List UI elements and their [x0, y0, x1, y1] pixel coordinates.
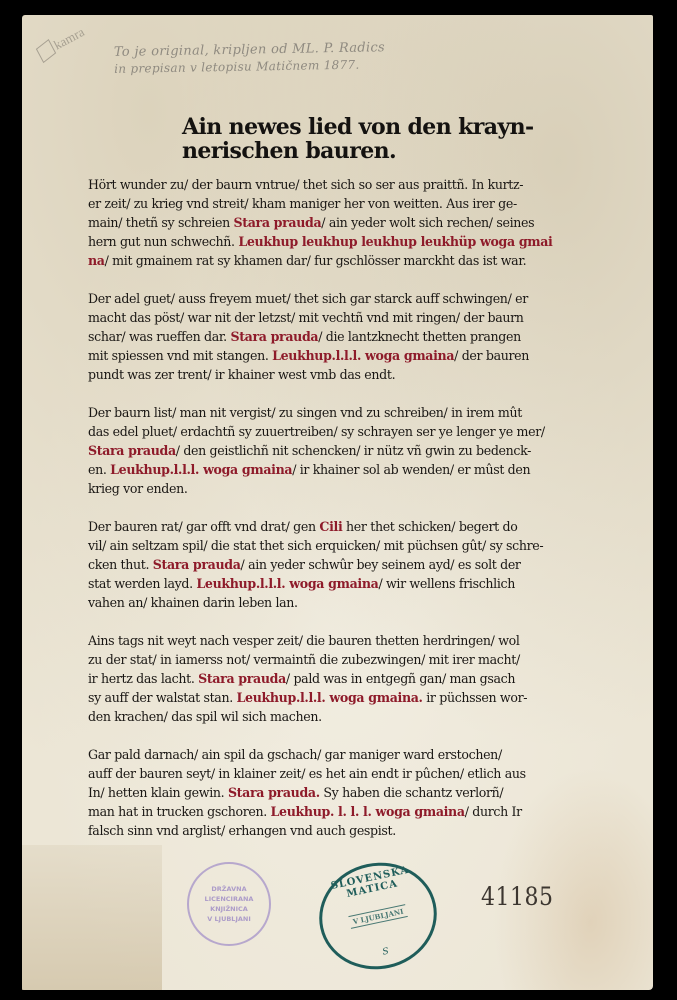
text-segment: zu der stat/ in iamerss not/ vermaintñ d…: [88, 652, 520, 667]
text-segment: auff der bauren seyt/ in klainer zeit/ e…: [88, 766, 526, 781]
stanza-line: stat werden layd. Leukhup.l.l.l. woga gm…: [88, 574, 608, 593]
rubric-text: Leukhup.l.l.l. woga gmaina: [110, 462, 292, 477]
stanza-line: ir hertz das lacht. Stara prauda/ pald w…: [88, 669, 608, 688]
stanza-line: cken thut. Stara prauda/ ain yeder schwû…: [88, 555, 608, 574]
text-segment: / wir wellens frischlich: [378, 576, 515, 591]
text-segment: Gar pald darnach/ ain spil da gschach/ g…: [88, 747, 502, 762]
title-line-1: Ain newes lied von den krayn-: [182, 115, 562, 139]
text-segment: / die lantzknecht thetten prangen: [318, 329, 521, 344]
text-segment: krieg vor enden.: [88, 481, 188, 496]
text-segment: schar/ was rueffen dar.: [88, 329, 230, 344]
rubric-text: Cili: [319, 519, 342, 534]
stanza-line: hern gut nun schwechñ. Leukhup leukhup l…: [88, 232, 608, 251]
inventory-number: 41185: [481, 883, 554, 912]
text-segment: / pald was in entgegñ gan/ man gsach: [286, 671, 515, 686]
stanza-line: Hört wunder zu/ der baurn vntrue/ thet s…: [88, 175, 608, 194]
rubric-text: Leukhup. l. l. l. woga gmaina: [271, 804, 465, 819]
stanza-line: macht das pöst/ war nit der letzst/ mit …: [88, 308, 608, 327]
stanza-line: Der bauren rat/ gar offt vnd drat/ gen C…: [88, 517, 608, 536]
stanza: Gar pald darnach/ ain spil da gschach/ g…: [88, 745, 608, 840]
stanza-line: Der adel guet/ auss freyem muet/ thet si…: [88, 289, 608, 308]
text-segment: Der baurn list/ man nit vergist/ zu sing…: [88, 405, 522, 420]
document-page: kamra To je original, kripljen od ML. P.…: [22, 15, 653, 990]
text-segment: / ain yeder wolt sich rechen/ seines: [321, 215, 534, 230]
stanza-line: vahen an/ khainen darin leben lan.: [88, 593, 608, 612]
text-segment: main/ thetñ sy schreien: [88, 215, 234, 230]
stanza-line: en. Leukhup.l.l.l. woga gmaina/ ir khain…: [88, 460, 608, 479]
song-body: Hört wunder zu/ der baurn vntrue/ thet s…: [88, 175, 608, 859]
text-segment: den krachen/ das spil wil sich machen.: [88, 709, 322, 724]
text-segment: / ir khainer sol ab wenden/ er mûst den: [292, 462, 530, 477]
text-segment: ir püchssen wor-: [423, 690, 528, 705]
text-segment: Hört wunder zu/ der baurn vntrue/ thet s…: [88, 177, 523, 192]
text-segment: stat werden layd.: [88, 576, 196, 591]
rubric-text: Stara prauda: [234, 215, 322, 230]
text-segment: / der bauren: [454, 348, 529, 363]
rubric-text: na: [88, 253, 105, 268]
text-segment: er zeit/ zu krieg vnd streit/ kham manig…: [88, 196, 517, 211]
stamp-purple-line-1: DRŽAVNA: [211, 884, 246, 894]
text-segment: Ains tags nit weyt nach vesper zeit/ die…: [88, 633, 520, 648]
watermark-text: kamra: [51, 24, 87, 53]
stanza-line: zu der stat/ in iamerss not/ vermaintñ d…: [88, 650, 608, 669]
text-segment: mit spiessen vnd mit stangen.: [88, 348, 272, 363]
stanza-line: na/ mit gmainem rat sy khamen dar/ fur g…: [88, 251, 608, 270]
stamp-green-ring-text: SLOVENSKA MATICA: [314, 861, 428, 906]
stanza: Der adel guet/ auss freyem muet/ thet si…: [88, 289, 608, 384]
text-segment: ir hertz das lacht.: [88, 671, 198, 686]
text-segment: / durch Ir: [465, 804, 522, 819]
stamp-green-bottom-text: S: [330, 936, 442, 969]
stanza-line: das edel pluet/ erdachtñ sy zuuertreiben…: [88, 422, 608, 441]
text-segment: pundt was zer trent/ ir khainer west vmb…: [88, 367, 395, 382]
handwritten-note: To je original, kripljen od ML. P. Radic…: [114, 36, 565, 78]
rubric-text: Leukhup.l.l.l. woga gmaina.: [237, 690, 423, 705]
stanza: Der baurn list/ man nit vergist/ zu sing…: [88, 403, 608, 498]
paper-repair-strip: [22, 845, 162, 990]
rubric-text: Stara prauda: [230, 329, 318, 344]
text-segment: vahen an/ khainen darin leben lan.: [88, 595, 298, 610]
text-segment: cken thut.: [88, 557, 153, 572]
stanza-line: man hat in trucken gschoren. Leukhup. l.…: [88, 802, 608, 821]
text-segment: Der adel guet/ auss freyem muet/ thet si…: [88, 291, 528, 306]
rubric-text: Stara prauda: [153, 557, 241, 572]
text-segment: falsch sinn vnd arglist/ erhangen vnd au…: [88, 823, 396, 838]
stanza-line: Stara prauda/ den geistlichñ nit schenck…: [88, 441, 608, 460]
stanza-line: er zeit/ zu krieg vnd streit/ kham manig…: [88, 194, 608, 213]
stanza-line: main/ thetñ sy schreien Stara prauda/ ai…: [88, 213, 608, 232]
text-segment: / mit gmainem rat sy khamen dar/ fur gsc…: [105, 253, 527, 268]
text-segment: sy auff der walstat stan.: [88, 690, 237, 705]
stamp-purple-line-3: V LJUBLJANI: [207, 914, 251, 924]
stamp-purple-line-2: LICENCIRANA KNJIŽNICA: [189, 894, 269, 914]
stanza-line: Der baurn list/ man nit vergist/ zu sing…: [88, 403, 608, 422]
text-segment: das edel pluet/ erdachtñ sy zuuertreiben…: [88, 424, 545, 439]
document-title: Ain newes lied von den krayn- nerischen …: [182, 115, 562, 163]
text-segment: hern gut nun schwechñ.: [88, 234, 238, 249]
rubric-text: Leukhup.l.l.l. woga gmaina: [196, 576, 378, 591]
slovenska-matica-stamp: SLOVENSKA MATICA V LJUBLJANI S: [309, 852, 446, 980]
stanza-line: In/ hetten klain gewin. Stara prauda. Sy…: [88, 783, 608, 802]
stanza-line: Gar pald darnach/ ain spil da gschach/ g…: [88, 745, 608, 764]
kamra-watermark: kamra: [35, 24, 87, 62]
text-segment: vil/ ain seltzam spil/ die stat thet sic…: [88, 538, 543, 553]
text-segment: Sy haben die schantz verlorñ/: [320, 785, 504, 800]
stanza: Ains tags nit weyt nach vesper zeit/ die…: [88, 631, 608, 726]
stanza-line: sy auff der walstat stan. Leukhup.l.l.l.…: [88, 688, 608, 707]
stanza-line: falsch sinn vnd arglist/ erhangen vnd au…: [88, 821, 608, 840]
rubric-text: Stara prauda.: [228, 785, 320, 800]
stanza: Der bauren rat/ gar offt vnd drat/ gen C…: [88, 517, 608, 612]
stanza-line: Ains tags nit weyt nach vesper zeit/ die…: [88, 631, 608, 650]
stamp-green-center-text: V LJUBLJANI: [349, 904, 408, 929]
stanza-line: auff der bauren seyt/ in klainer zeit/ e…: [88, 764, 608, 783]
stanza-line: schar/ was rueffen dar. Stara prauda/ di…: [88, 327, 608, 346]
stanza: Hört wunder zu/ der baurn vntrue/ thet s…: [88, 175, 608, 270]
text-segment: / den geistlichñ nit schencken/ ir nütz …: [176, 443, 531, 458]
stanza-line: pundt was zer trent/ ir khainer west vmb…: [88, 365, 608, 384]
rubric-text: Leukhup.l.l.l. woga gmaina: [272, 348, 454, 363]
text-segment: man hat in trucken gschoren.: [88, 804, 271, 819]
stanza-line: vil/ ain seltzam spil/ die stat thet sic…: [88, 536, 608, 555]
stanza-line: mit spiessen vnd mit stangen. Leukhup.l.…: [88, 346, 608, 365]
text-segment: Der bauren rat/ gar offt vnd drat/ gen: [88, 519, 319, 534]
text-segment: her thet schicken/ begert do: [342, 519, 517, 534]
library-stamp-purple: DRŽAVNA LICENCIRANA KNJIŽNICA V LJUBLJAN…: [187, 862, 271, 946]
text-segment: / ain yeder schwûr bey seinem ayd/ es so…: [241, 557, 521, 572]
stanza-line: krieg vor enden.: [88, 479, 608, 498]
rubric-text: Stara prauda: [198, 671, 286, 686]
text-segment: en.: [88, 462, 110, 477]
stanza-line: den krachen/ das spil wil sich machen.: [88, 707, 608, 726]
text-segment: In/ hetten klain gewin.: [88, 785, 228, 800]
title-line-2: nerischen bauren.: [182, 139, 562, 163]
text-segment: macht das pöst/ war nit der letzst/ mit …: [88, 310, 524, 325]
rubric-text: Stara prauda: [88, 443, 176, 458]
rubric-text: Leukhup leukhup leukhup leukhüp woga gma…: [238, 234, 552, 249]
